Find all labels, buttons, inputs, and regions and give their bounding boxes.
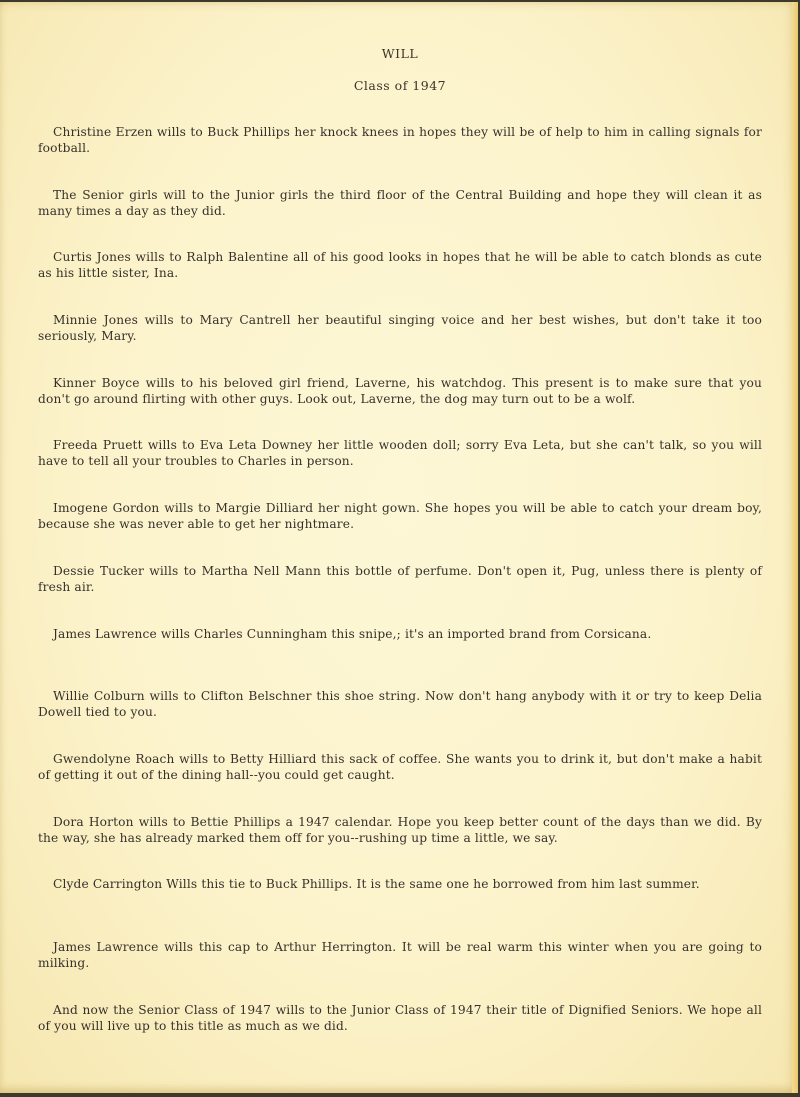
will-entry: James Lawrence wills Charles Cunningham … [38,626,762,689]
will-entry: James Lawrence wills this cap to Arthur … [38,939,762,1002]
document-subtitle: Class of 1947 [0,78,800,93]
will-entry: Freeda Pruett wills to Eva Leta Downey h… [38,437,762,500]
will-entry: The Senior girls will to the Junior girl… [38,187,762,250]
document-title: WILL [0,46,800,61]
will-entry: Curtis Jones wills to Ralph Balentine al… [38,249,762,312]
will-entry: Christine Erzen wills to Buck Phillips h… [38,124,762,187]
will-entry: Gwendolyne Roach wills to Betty Hilliard… [38,751,762,814]
will-entry: Willie Colburn wills to Clifton Belschne… [38,688,762,751]
will-entry: Clyde Carrington Wills this tie to Buck … [38,876,762,939]
will-entry: Dora Horton wills to Bettie Phillips a 1… [38,814,762,877]
will-entries: Christine Erzen wills to Buck Phillips h… [38,124,762,1064]
document-page: WILL Class of 1947 Christine Erzen wills… [0,2,798,1093]
will-entry: Imogene Gordon wills to Margie Dilliard … [38,500,762,563]
will-entry: Minnie Jones wills to Mary Cantrell her … [38,312,762,375]
will-entry: Dessie Tucker wills to Martha Nell Mann … [38,563,762,626]
will-entry: Kinner Boyce wills to his beloved girl f… [38,375,762,438]
will-entry: And now the Senior Class of 1947 wills t… [38,1002,762,1065]
